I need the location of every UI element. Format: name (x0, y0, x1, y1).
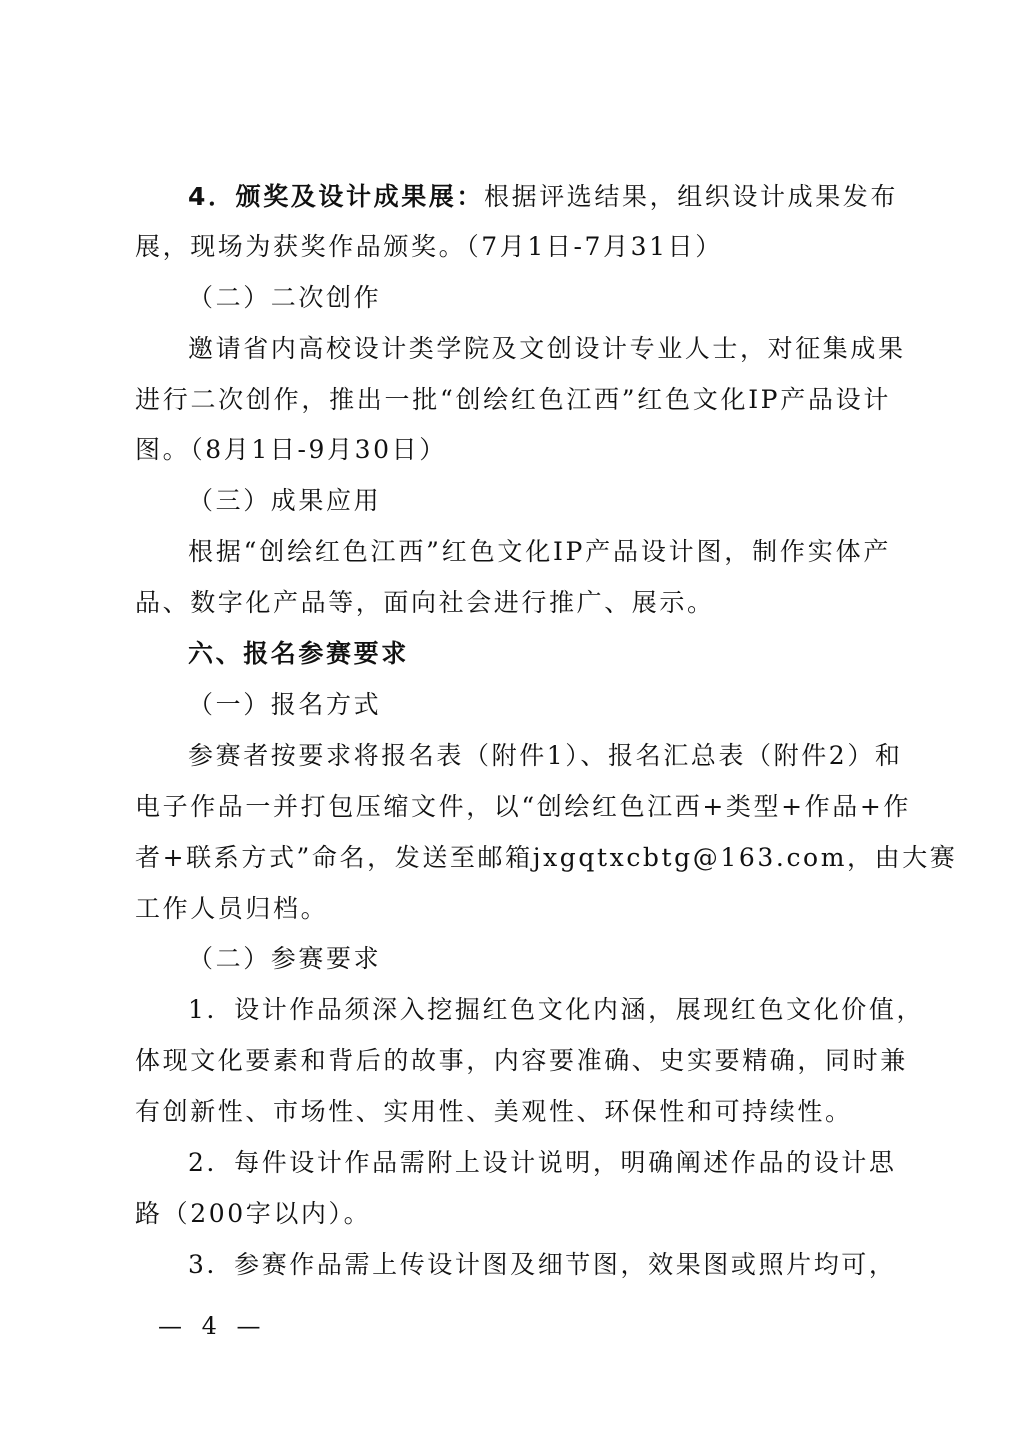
section-heading-registration-requirements: 六、报名参赛要求 (188, 637, 891, 671)
requirement-1-line: 体现文化要素和背后的故事，内容要准确、史实要精确，同时兼 (135, 1044, 891, 1078)
award-item-line-1: 4．颁奖及设计成果展：根据评选结果，组织设计成果发布 (188, 180, 891, 214)
document-page: 4．颁奖及设计成果展：根据评选结果，组织设计成果发布 展，现场为获奖作品颁奖。（… (0, 0, 1024, 1448)
paragraph-line: 根据“创绘红色江西”红色文化IP产品设计图，制作实体产 (188, 535, 891, 569)
paragraph-line: 参赛者按要求将报名表（附件1）、报名汇总表（附件2）和 (188, 739, 891, 773)
subsection-heading-secondary-creation: （二）二次创作 (188, 281, 891, 315)
requirement-2-line: 路（200字以内）。 (135, 1197, 891, 1231)
subsection-heading-entry-requirements: （二）参赛要求 (188, 942, 891, 976)
award-item-line-2: 展，现场为获奖作品颁奖。（7月1日-7月31日） (135, 230, 891, 264)
paragraph-line-email: 者+联系方式”命名，发送至邮箱jxgqtxcbtg@163.com，由大赛 (135, 841, 891, 875)
requirement-3-line: 3．参赛作品需上传设计图及细节图，效果图或照片均可， (188, 1248, 891, 1282)
subsection-heading-registration-method: （一）报名方式 (188, 688, 891, 722)
paragraph-line: 邀请省内高校设计类学院及文创设计专业人士，对征集成果 (188, 332, 891, 366)
subsection-heading-results-application: （三）成果应用 (188, 484, 891, 518)
paragraph-line: 工作人员归档。 (135, 892, 891, 926)
award-item-text: 根据评选结果，组织设计成果发布 (484, 182, 898, 211)
paragraph-line: 品、数字化产品等，面向社会进行推广、展示。 (135, 586, 891, 620)
requirement-2-line: 2．每件设计作品需附上设计说明，明确阐述作品的设计思 (188, 1146, 891, 1180)
paragraph-line: 图。（8月1日-9月30日） (135, 433, 891, 467)
requirement-1-line: 有创新性、市场性、实用性、美观性、环保性和可持续性。 (135, 1095, 891, 1129)
paragraph-line: 电子作品一并打包压缩文件，以“创绘红色江西+类型+作品+作 (135, 790, 891, 824)
page-number: — 4 — (158, 1310, 267, 1342)
award-item-lead: 4．颁奖及设计成果展： (188, 182, 484, 211)
paragraph-line: 进行二次创作，推出一批“创绘红色江西”红色文化IP产品设计 (135, 383, 891, 417)
requirement-1-line: 1．设计作品须深入挖掘红色文化内涵，展现红色文化价值， (188, 993, 891, 1027)
